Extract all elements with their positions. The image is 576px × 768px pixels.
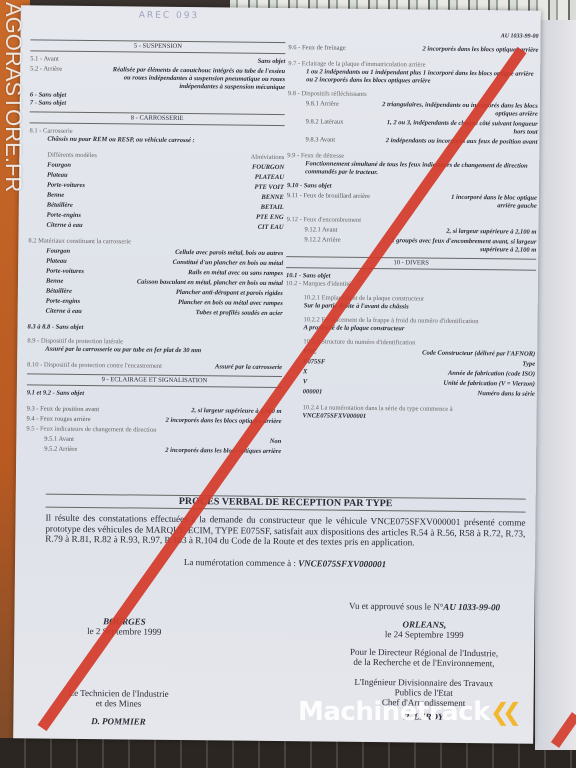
watermark-agorastore: AGORASTORE.FR [2, 2, 26, 222]
chevrons-icon: ❮❮ [490, 698, 514, 726]
watermark-machinetrack: Machinetrack❮❮ [298, 697, 514, 727]
strike-through-line [0, 0, 576, 768]
